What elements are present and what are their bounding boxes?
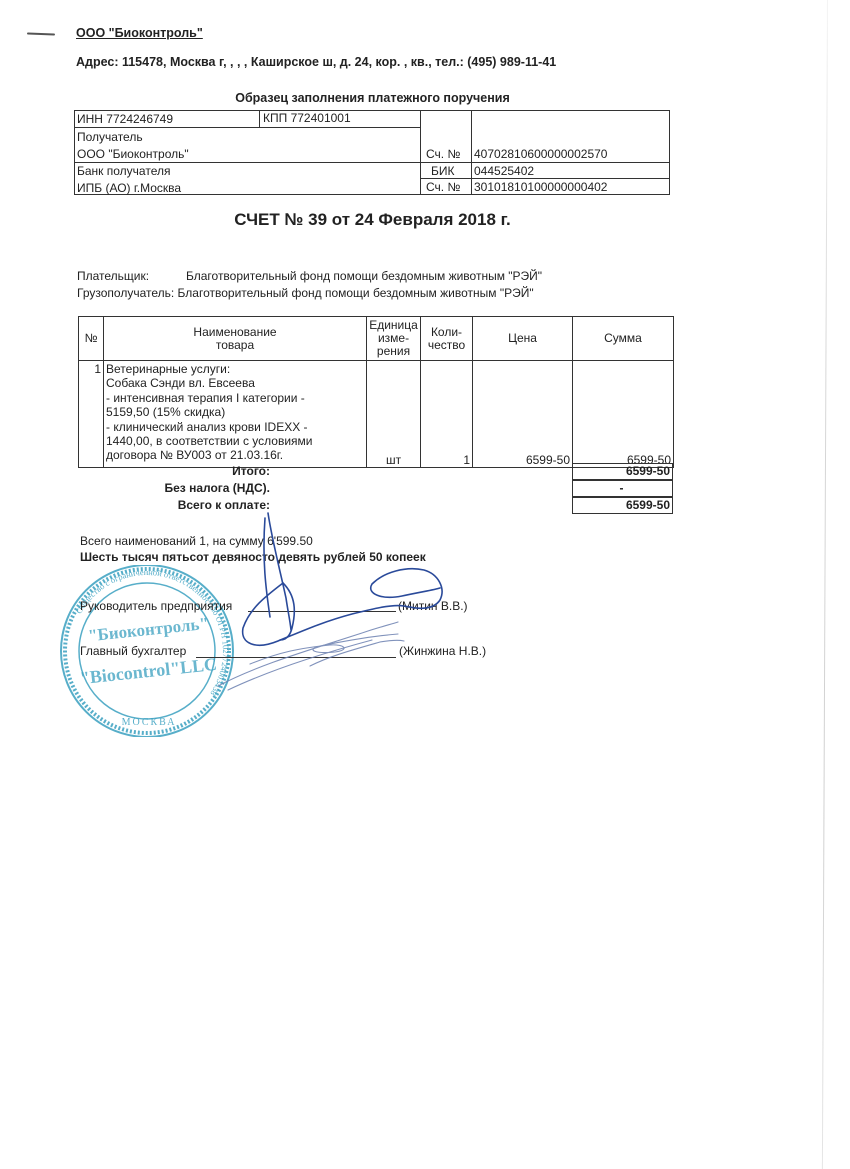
row-price: 6599-50 — [473, 361, 573, 468]
invoice-title: СЧЕТ № 39 от 24 Февраля 2018 г. — [0, 210, 745, 230]
corr-account-label: Сч. № — [426, 180, 460, 194]
row-unit: шт — [367, 361, 421, 468]
col-num: № — [79, 317, 104, 361]
stamp-city: МОСКВА — [122, 717, 177, 728]
recipient-name: ООО "Биоконтроль" — [77, 147, 189, 161]
items-header-row: № Наименование товара Единица изме- рени… — [79, 317, 674, 361]
items-count-summary: Всего наименований 1, на сумму 6'599.50 — [80, 534, 313, 548]
col-unit: Единица изме- рения — [367, 317, 421, 361]
table-row: 1 Ветеринарные услуги: Собака Сэнди вл. … — [79, 361, 674, 468]
consignee-label: Грузополучатель: — [77, 286, 174, 300]
account-number: 40702810600000002570 — [474, 147, 607, 161]
recipient-label: Получатель — [77, 130, 143, 144]
corr-account-number: 30101810100000000402 — [474, 180, 607, 194]
row-sum: 6599-50 — [573, 361, 674, 468]
stamp-ring-text: Общество с ограниченной ответственностью… — [73, 567, 231, 698]
consignee-row: Грузополучатель: Благотворительный фонд … — [77, 286, 534, 300]
row-num: 1 — [79, 361, 104, 468]
total-label: Итого: — [70, 464, 270, 478]
total-value: 6599-50 — [572, 463, 673, 480]
consignee-value: Благотворительный фонд помощи бездомным … — [178, 286, 534, 300]
vat-label: Без налога (НДС). — [70, 481, 270, 495]
row-qty: 1 — [421, 361, 473, 468]
col-name: Наименование товара — [104, 317, 367, 361]
vat-value: - — [572, 480, 673, 497]
payer-row: Плательщик:Благотворительный фонд помощи… — [77, 269, 542, 283]
pen-dash-mark — [27, 33, 55, 36]
items-table: № Наименование товара Единица изме- рени… — [78, 316, 674, 468]
col-price: Цена — [473, 317, 573, 361]
company-address: Адрес: 115478, Москва г, , , , Каширское… — [76, 55, 556, 69]
director-signature — [243, 513, 442, 645]
account-label: Сч. № — [426, 147, 460, 161]
payment-sample-title: Образец заполнения платежного поручения — [0, 91, 745, 105]
accountant-label: Главный бухгалтер — [80, 644, 186, 658]
amount-in-words: Шесть тысяч пятьсот девяносто девять руб… — [80, 550, 426, 564]
accountant-signature-line — [196, 657, 396, 658]
scan-edge — [822, 0, 828, 1169]
col-qty: Коли- чество — [421, 317, 473, 361]
payer-value: Благотворительный фонд помощи бездомным … — [186, 269, 542, 283]
row-description: Ветеринарные услуги: Собака Сэнди вл. Ев… — [104, 361, 367, 468]
director-name: (Митин В.В.) — [398, 599, 468, 613]
inn: ИНН 7724246749 — [77, 112, 173, 126]
kpp: КПП 772401001 — [263, 111, 351, 125]
bik-value: 044525402 — [474, 164, 534, 178]
accountant-signature — [218, 622, 404, 690]
stamp-name-ru: "Биоконтроль" — [87, 614, 209, 646]
grand-total-value: 6599-50 — [572, 497, 673, 514]
accountant-name: (Жинжина Н.В.) — [399, 644, 486, 658]
bik-label: БИК — [431, 164, 455, 178]
payer-label: Плательщик: — [77, 269, 186, 283]
svg-text:Общество с ограниченной ответс: Общество с ограниченной ответственностью… — [73, 567, 231, 698]
director-label: Руководитель предприятия — [80, 599, 232, 613]
grand-total-label: Всего к оплате: — [70, 498, 270, 512]
bank-name: ИПБ (АО) г.Москва — [77, 181, 181, 195]
bank-label: Банк получателя — [77, 164, 170, 178]
bank-details-table: ИНН 7724246749 КПП 772401001 Получатель … — [74, 110, 670, 195]
company-name: ООО "Биоконтроль" — [76, 26, 203, 40]
col-sum: Сумма — [573, 317, 674, 361]
director-signature-line — [248, 611, 396, 612]
stamp-name-en: "Biocontrol"LLC — [79, 654, 218, 688]
